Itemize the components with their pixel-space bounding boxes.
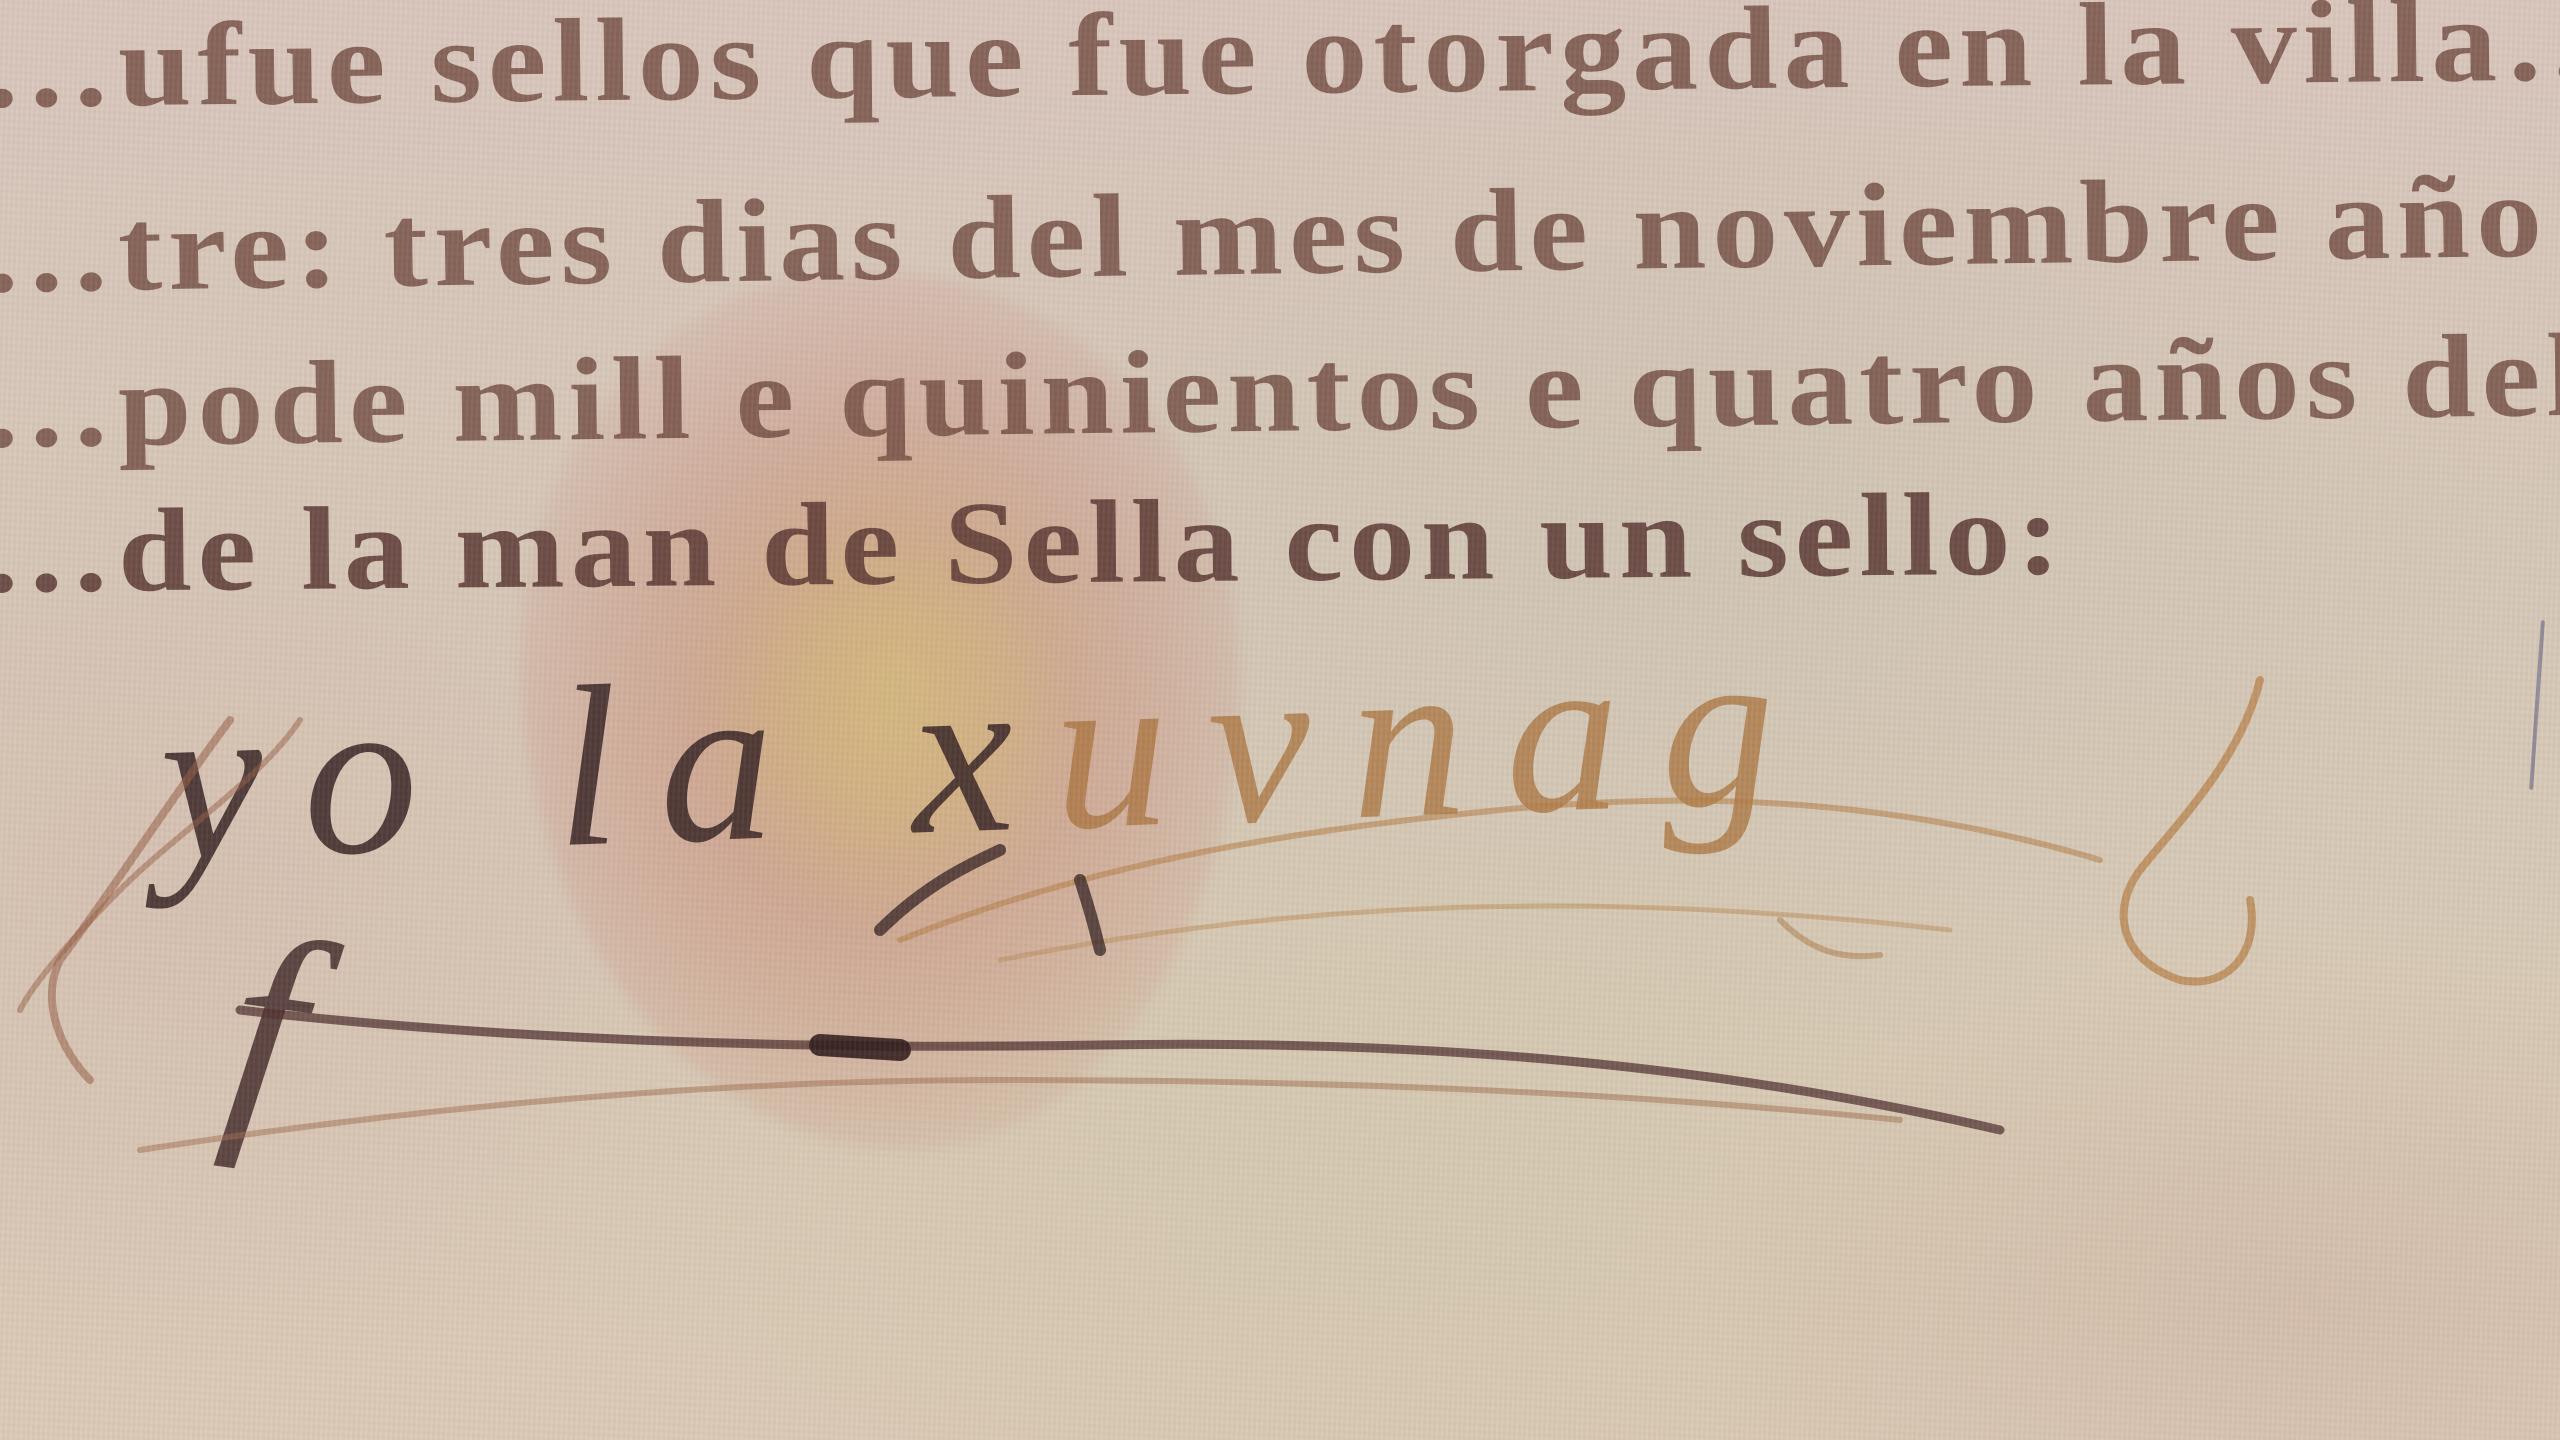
signature-tail: uvnag (1049, 596, 1820, 877)
manuscript-line-1: …ufue sellos que fue otorgada en la vill… (0, 0, 2560, 135)
line-1-text: …ufue sellos que fue otorgada en la vill… (0, 0, 2560, 133)
manuscript-line-3: …pode mill e quinientos e quatro años de… (0, 303, 2560, 476)
signature-initial: f (210, 876, 323, 1182)
line-3-text: …pode mill e quinientos e quatro años de… (0, 305, 2560, 472)
signature-main: yo la x (156, 623, 1057, 909)
manuscript-line-2: …tre: tres dias del mes de noviembre año… (0, 142, 2560, 321)
line-2-text: …tre: tres dias del mes de noviembre año… (0, 144, 2560, 317)
margin-pencil-mark (2529, 620, 2545, 790)
manuscript-page: …ufue sellos que fue otorgada en la vill… (0, 0, 2560, 1440)
signature: yo la xuvnag (156, 591, 1819, 914)
